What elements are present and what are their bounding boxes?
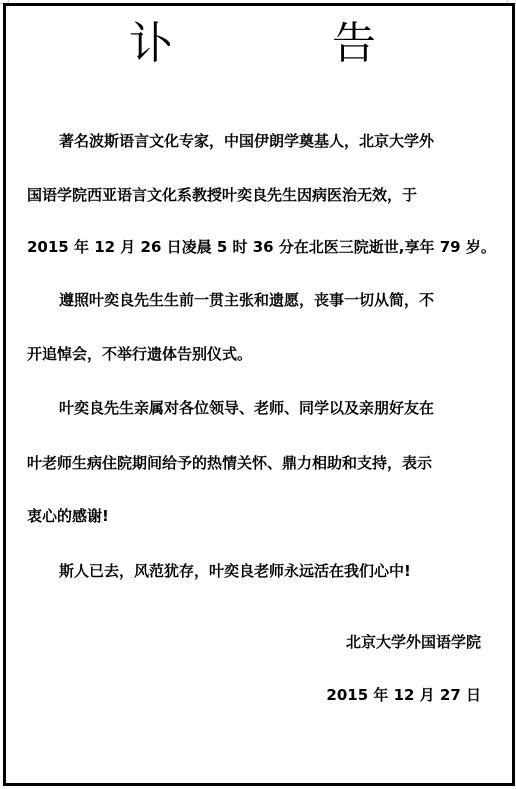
paragraph-3-line-1: 叶奕良先生亲属对各位领导、老师、同学以及亲朋好友在 [59,398,434,418]
title-char-2: 告 [332,14,376,74]
title-char-1: 讣 [129,14,173,74]
paragraph-1-line-3: 2015 年 12 月 26 日凌晨 5 时 36 分在北医三院逝世,享年 79… [27,237,496,257]
signature-date: 2015 年 12 月 27 日 [326,685,481,705]
paragraph-4-line-1: 斯人已去，风范犹存，叶奕良老师永远活在我们心中! [59,561,411,581]
paragraph-3-line-3: 衷心的感谢! [27,506,109,526]
paragraph-3-line-2: 叶老师生病住院期间给予的热情关怀、鼎力相助和支持，表示 [27,453,432,473]
paragraph-1-line-1: 著名波斯语言文化专家，中国伊朗学奠基人，北京大学外 [59,131,434,151]
signature-organization: 北京大学外国语学院 [346,632,481,652]
paragraph-2-line-2: 开追悼会，不举行遗体告别仪式。 [27,344,252,364]
obituary-frame [3,3,515,786]
paragraph-2-line-1: 遵照叶奕良先生生前一贯主张和遗愿，丧事一切从简，不 [59,290,434,310]
paragraph-1-line-2: 国语学院西亚语言文化系教授叶奕良先生因病医治无效，于 [27,185,417,205]
obituary-title: 讣 告 [0,14,516,74]
